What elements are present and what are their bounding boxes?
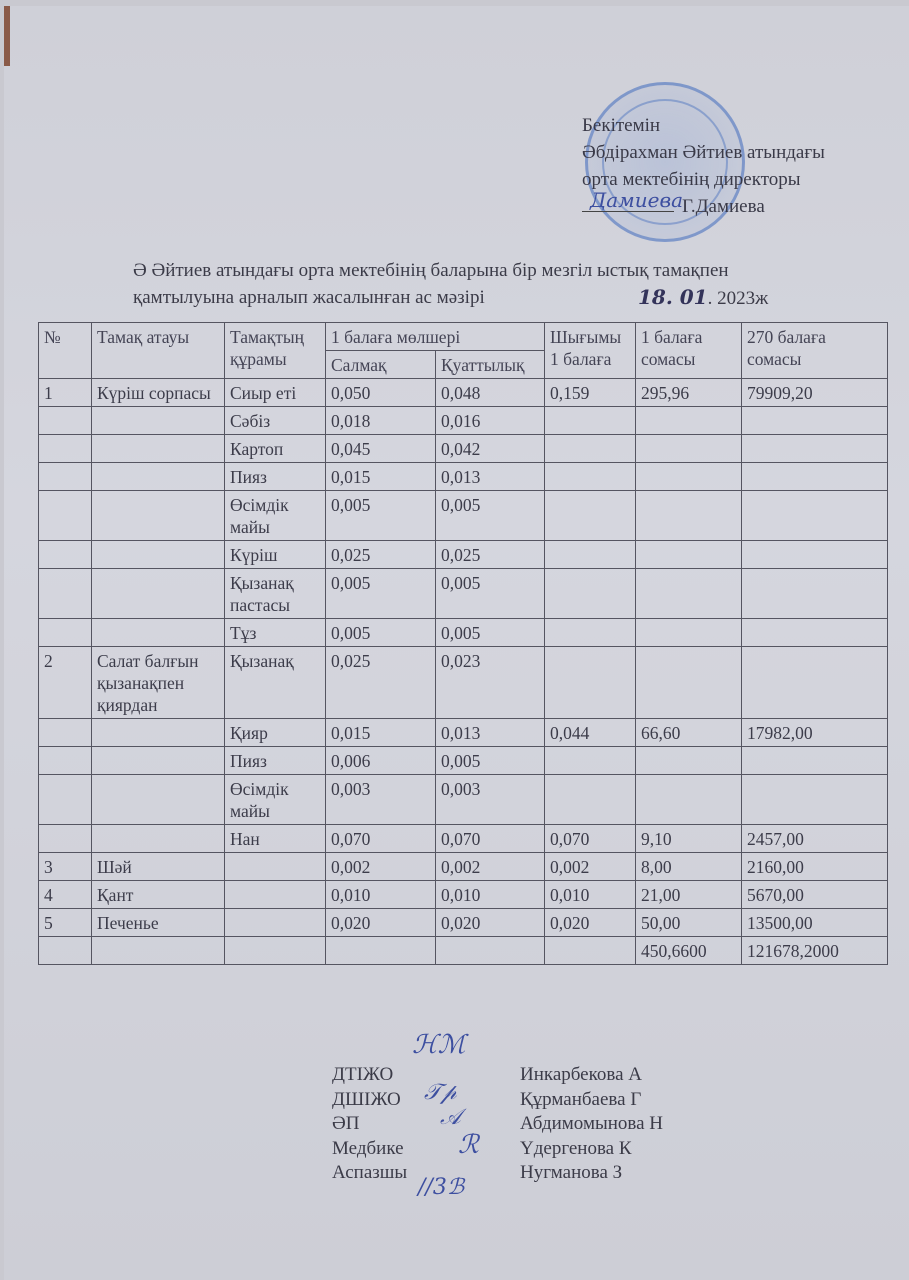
cell-sum-per-child <box>636 569 742 619</box>
cell-dish <box>92 463 225 491</box>
table-row: 1Күріш сорпасыСиыр еті0,0500,0480,159295… <box>39 379 888 407</box>
cell-ingredient: Қияр <box>225 719 326 747</box>
cell-no: 1 <box>39 379 92 407</box>
cell-dish <box>92 541 225 569</box>
cell-output <box>545 937 636 965</box>
table-row: Өсімдік майы0,0030,003 <box>39 775 888 825</box>
date-printed: . 2023ж <box>708 288 769 309</box>
cell-output <box>545 541 636 569</box>
cell-sum-270 <box>742 747 888 775</box>
cell-energy: 0,020 <box>436 909 545 937</box>
cell-sum-270: 13500,00 <box>742 909 888 937</box>
table-row: 450,6600121678,2000 <box>39 937 888 965</box>
cell-output <box>545 747 636 775</box>
cell-no: 5 <box>39 909 92 937</box>
cell-no <box>39 541 92 569</box>
cell-sum-per-child <box>636 491 742 541</box>
cell-dish <box>92 775 225 825</box>
header-composition: Тамақтың құрамы <box>225 323 326 379</box>
cell-output <box>545 775 636 825</box>
cell-ingredient: Пияз <box>225 463 326 491</box>
table-row: Өсімдік майы0,0050,005 <box>39 491 888 541</box>
signature-row: МедбикеҮдергенова К <box>332 1137 663 1162</box>
cell-no <box>39 491 92 541</box>
cell-ingredient: Тұз <box>225 619 326 647</box>
signature-name: Құрманбаева Г <box>520 1088 641 1113</box>
cell-weight: 0,010 <box>326 881 436 909</box>
cell-sum-270 <box>742 407 888 435</box>
table-row: Нан0,0700,0700,0709,102457,00 <box>39 825 888 853</box>
cell-ingredient: Пияз <box>225 747 326 775</box>
cell-sum-per-child: 66,60 <box>636 719 742 747</box>
cell-sum-per-child <box>636 747 742 775</box>
signatures-block: ДТІЖОИнкарбекова АДШІЖОҚұрманбаева ГӘПАб… <box>332 1063 663 1186</box>
cell-sum-per-child: 450,6600 <box>636 937 742 965</box>
cell-sum-per-child <box>636 541 742 569</box>
cell-energy: 0,042 <box>436 435 545 463</box>
cell-weight: 0,003 <box>326 775 436 825</box>
header-sum-per-child: 1 балаға сомасы <box>636 323 742 379</box>
cell-energy <box>436 937 545 965</box>
table-row: Картоп0,0450,042 <box>39 435 888 463</box>
cell-dish <box>92 491 225 541</box>
cell-energy: 0,023 <box>436 647 545 719</box>
cell-output <box>545 407 636 435</box>
cell-output <box>545 647 636 719</box>
cell-dish: Қант <box>92 881 225 909</box>
cell-sum-270: 2457,00 <box>742 825 888 853</box>
table-row: 5Печенье 0,0200,0200,02050,0013500,00 <box>39 909 888 937</box>
cell-weight: 0,006 <box>326 747 436 775</box>
menu-table: № Тамақ атауы Тамақтың құрамы 1 балаға м… <box>38 322 888 965</box>
cell-no <box>39 775 92 825</box>
cell-no <box>39 747 92 775</box>
cell-sum-270 <box>742 647 888 719</box>
cell-energy: 0,016 <box>436 407 545 435</box>
cell-sum-per-child: 50,00 <box>636 909 742 937</box>
cell-sum-270: 121678,2000 <box>742 937 888 965</box>
cell-sum-per-child <box>636 435 742 463</box>
approval-block: Бекітемін Әбдірахман Әйтиев атындағы орт… <box>582 112 825 220</box>
cell-weight: 0,020 <box>326 909 436 937</box>
header-weight: Салмақ <box>326 351 436 379</box>
header-per-child-amount: 1 балаға мөлшері <box>326 323 545 351</box>
cell-output: 0,070 <box>545 825 636 853</box>
cell-energy: 0,003 <box>436 775 545 825</box>
cell-no: 4 <box>39 881 92 909</box>
signature-role: Медбике <box>332 1137 520 1162</box>
cell-sum-270: 5670,00 <box>742 881 888 909</box>
table-row: 3Шәй 0,0020,0020,0028,002160,00 <box>39 853 888 881</box>
signature-role: ӘП <box>332 1112 520 1137</box>
cell-sum-per-child <box>636 775 742 825</box>
cell-dish: Салат балғын қызанақпен қиярдан <box>92 647 225 719</box>
cell-dish <box>92 747 225 775</box>
header-no: № <box>39 323 92 379</box>
cell-energy: 0,005 <box>436 747 545 775</box>
cell-no <box>39 407 92 435</box>
signature-row: ӘПАбдимомынова Н <box>332 1112 663 1137</box>
cell-no: 2 <box>39 647 92 719</box>
cell-dish <box>92 937 225 965</box>
cell-sum-270 <box>742 541 888 569</box>
signature-name: Инкарбекова А <box>520 1063 642 1088</box>
cell-dish: Күріш сорпасы <box>92 379 225 407</box>
cell-output: 0,010 <box>545 881 636 909</box>
cell-weight: 0,025 <box>326 647 436 719</box>
cell-energy: 0,005 <box>436 619 545 647</box>
signature-scribble-3: 𝒜 <box>440 1105 461 1130</box>
director-name: Г.Дамиева <box>682 196 765 217</box>
cell-weight: 0,015 <box>326 719 436 747</box>
cell-output <box>545 463 636 491</box>
table-header-row: № Тамақ атауы Тамақтың құрамы 1 балаға м… <box>39 323 888 351</box>
cell-sum-270 <box>742 619 888 647</box>
cell-ingredient: Сәбіз <box>225 407 326 435</box>
cell-sum-270: 2160,00 <box>742 853 888 881</box>
table-row: Күріш0,0250,025 <box>39 541 888 569</box>
cell-output <box>545 619 636 647</box>
cell-weight: 0,015 <box>326 463 436 491</box>
table-row: Пияз0,0150,013 <box>39 463 888 491</box>
cell-sum-270 <box>742 491 888 541</box>
table-row: Пияз0,0060,005 <box>39 747 888 775</box>
signature-row: АспазшыНугманова З <box>332 1161 663 1186</box>
table-row: Сәбіз0,0180,016 <box>39 407 888 435</box>
cell-weight: 0,005 <box>326 619 436 647</box>
cell-dish <box>92 619 225 647</box>
director-signature-scribble: Дамиева <box>590 187 683 214</box>
cell-output <box>545 435 636 463</box>
table-row: Қызанақ пастасы0,0050,005 <box>39 569 888 619</box>
table-row: Қияр0,0150,0130,04466,6017982,00 <box>39 719 888 747</box>
cell-no <box>39 569 92 619</box>
cell-output <box>545 569 636 619</box>
background-edge <box>4 6 10 66</box>
cell-weight: 0,025 <box>326 541 436 569</box>
cell-energy: 0,070 <box>436 825 545 853</box>
cell-dish <box>92 435 225 463</box>
cell-energy: 0,048 <box>436 379 545 407</box>
title-line-1: Ә Әйтиев атындағы орта мектебінің балары… <box>133 257 833 284</box>
cell-no: 3 <box>39 853 92 881</box>
cell-ingredient: Картоп <box>225 435 326 463</box>
cell-sum-270 <box>742 435 888 463</box>
header-sum-270: 270 балаға сомасы <box>742 323 888 379</box>
cell-no <box>39 937 92 965</box>
signature-scribble-2: 𝒯𝓅 <box>424 1080 457 1105</box>
cell-weight: 0,070 <box>326 825 436 853</box>
cell-no <box>39 463 92 491</box>
cell-weight <box>326 937 436 965</box>
signature-row: ДШІЖОҚұрманбаева Г <box>332 1088 663 1113</box>
director-signature: Дамиева <box>582 195 674 212</box>
header-dish-name: Тамақ атауы <box>92 323 225 379</box>
cell-sum-270 <box>742 775 888 825</box>
cell-sum-per-child <box>636 463 742 491</box>
table-body: 1Күріш сорпасыСиыр еті0,0500,0480,159295… <box>39 379 888 965</box>
approval-heading: Бекітемін <box>582 112 825 139</box>
cell-ingredient <box>225 881 326 909</box>
cell-weight: 0,050 <box>326 379 436 407</box>
signature-name: Абдимомынова Н <box>520 1112 663 1137</box>
cell-dish <box>92 825 225 853</box>
cell-dish: Шәй <box>92 853 225 881</box>
cell-output: 0,044 <box>545 719 636 747</box>
cell-energy: 0,002 <box>436 853 545 881</box>
signature-scribble-4: ℛ <box>458 1130 479 1160</box>
cell-weight: 0,005 <box>326 491 436 541</box>
cell-energy: 0,013 <box>436 463 545 491</box>
cell-weight: 0,018 <box>326 407 436 435</box>
cell-ingredient: Нан <box>225 825 326 853</box>
cell-sum-270: 17982,00 <box>742 719 888 747</box>
cell-sum-per-child: 8,00 <box>636 853 742 881</box>
document-date: 18. 01. 2023ж <box>638 284 768 312</box>
cell-dish: Печенье <box>92 909 225 937</box>
cell-dish <box>92 407 225 435</box>
cell-ingredient: Өсімдік майы <box>225 775 326 825</box>
cell-ingredient <box>225 937 326 965</box>
cell-sum-270 <box>742 569 888 619</box>
cell-no <box>39 825 92 853</box>
cell-sum-per-child <box>636 647 742 719</box>
cell-dish <box>92 719 225 747</box>
signature-row: ДТІЖОИнкарбекова А <box>332 1063 663 1088</box>
cell-sum-270: 79909,20 <box>742 379 888 407</box>
cell-energy: 0,005 <box>436 569 545 619</box>
cell-sum-per-child: 21,00 <box>636 881 742 909</box>
cell-ingredient: Қызанақ пастасы <box>225 569 326 619</box>
cell-sum-per-child: 9,10 <box>636 825 742 853</box>
approval-school: Әбдірахман Әйтиев атындағы <box>582 139 825 166</box>
cell-no <box>39 719 92 747</box>
cell-ingredient <box>225 909 326 937</box>
cell-sum-per-child <box>636 619 742 647</box>
signature-scribble-5: //3ℬ <box>418 1175 464 1200</box>
cell-sum-270 <box>742 463 888 491</box>
table-row: Тұз0,0050,005 <box>39 619 888 647</box>
table-row: 2Салат балғын қызанақпен қиярданҚызанақ0… <box>39 647 888 719</box>
cell-ingredient: Күріш <box>225 541 326 569</box>
cell-weight: 0,002 <box>326 853 436 881</box>
signature-scribble-1: ℋℳ <box>412 1030 466 1060</box>
document-title: Ә Әйтиев атындағы орта мектебінің балары… <box>133 257 833 311</box>
cell-no <box>39 619 92 647</box>
cell-energy: 0,025 <box>436 541 545 569</box>
table-row: 4Қант 0,0100,0100,01021,005670,00 <box>39 881 888 909</box>
header-output-per-child: Шығымы 1 балаға <box>545 323 636 379</box>
cell-sum-per-child: 295,96 <box>636 379 742 407</box>
cell-energy: 0,010 <box>436 881 545 909</box>
signature-name: Үдергенова К <box>520 1137 632 1162</box>
cell-no <box>39 435 92 463</box>
cell-ingredient: Өсімдік майы <box>225 491 326 541</box>
cell-output: 0,159 <box>545 379 636 407</box>
cell-energy: 0,013 <box>436 719 545 747</box>
cell-output <box>545 491 636 541</box>
cell-weight: 0,005 <box>326 569 436 619</box>
header-energy: Қуаттылық <box>436 351 545 379</box>
cell-output: 0,020 <box>545 909 636 937</box>
cell-sum-per-child <box>636 407 742 435</box>
signature-name: Нугманова З <box>520 1161 622 1186</box>
date-handwritten: 18. 01 <box>638 285 708 309</box>
cell-dish <box>92 569 225 619</box>
cell-ingredient <box>225 853 326 881</box>
cell-energy: 0,005 <box>436 491 545 541</box>
cell-weight: 0,045 <box>326 435 436 463</box>
cell-ingredient: Сиыр еті <box>225 379 326 407</box>
cell-output: 0,002 <box>545 853 636 881</box>
cell-ingredient: Қызанақ <box>225 647 326 719</box>
